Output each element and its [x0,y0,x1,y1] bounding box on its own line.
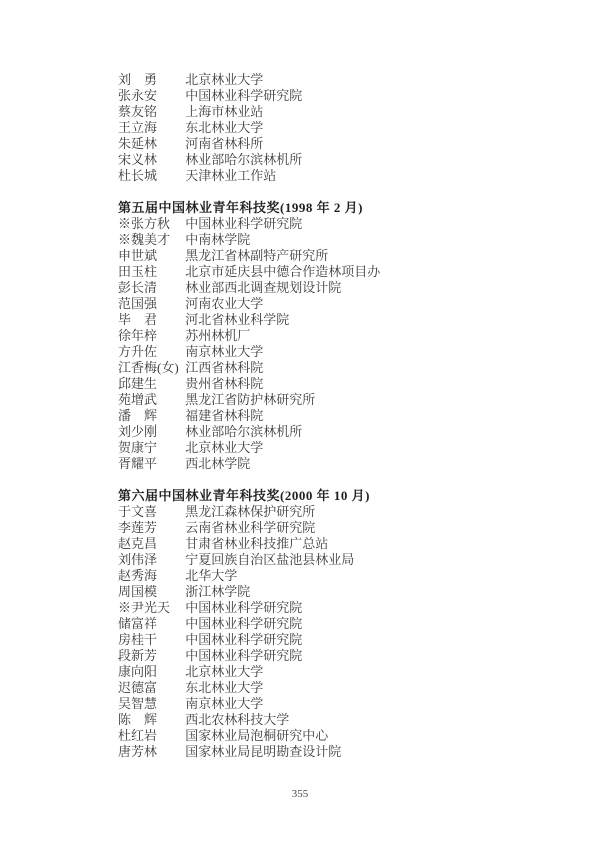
award-winner-row: 田玉柱 北京市延庆县中德合作造林项目办 [118,264,538,280]
winner-institution: 林业部哈尔滨林机所 [185,424,302,440]
winner-institution: 中国林业科学研究院 [185,88,302,104]
winner-name: 潘 辉 [118,408,182,424]
winner-name: 江香梅(女) [118,360,182,376]
winner-name: 田玉柱 [118,264,182,280]
winner-name: 陈 辉 [118,712,182,728]
winner-institution: 上海市林业站 [185,104,263,120]
award-winner-row: 范国强 河南农业大学 [118,296,538,312]
winner-name: 邱建生 [118,376,182,392]
winner-name: 刘 勇 [118,72,182,88]
winner-name: 杜红岩 [118,728,182,744]
award-winner-row: 蔡友铭 上海市林业站 [118,104,538,120]
award-winner-row: 江香梅(女) 江西省林科院 [118,360,538,376]
winner-name: 徐年梓 [118,328,182,344]
winner-institution: 东北林业大学 [185,680,263,696]
winner-institution: 甘肃省林业科技推广总站 [185,536,328,552]
winner-name: 康向阳 [118,664,182,680]
award-winner-row: 吴智慧 南京林业大学 [118,696,538,712]
award-winner-row: 陈 辉 西北农林科技大学 [118,712,538,728]
award-winner-row: 周国模 浙江林学院 [118,584,538,600]
winner-name: 蔡友铭 [118,104,182,120]
award-winner-row: 贺康宁 北京林业大学 [118,440,538,456]
winner-institution: 河北省林业科学院 [185,312,289,328]
award-winner-row: ※张方秋 中国林业科学研究院 [118,216,538,232]
winner-name: 申世斌 [118,248,182,264]
winner-institution: 国家林业局泡桐研究中心 [185,728,328,744]
winner-institution: 中国林业科学研究院 [185,616,302,632]
award-winner-row: 徐年梓 苏州林机厂 [118,328,538,344]
award-winner-list: 刘 勇 北京林业大学 张永安 中国林业科学研究院 蔡友铭 上海市林业站 王立海 … [118,72,538,760]
winner-institution: 河南农业大学 [185,296,263,312]
winner-name: 李莲芳 [118,520,182,536]
award-winner-row: 唐芳林 国家林业局昆明勘查设计院 [118,744,538,760]
winner-name: 杜长城 [118,168,182,184]
winner-institution: 中国林业科学研究院 [185,648,302,664]
award-winner-row: 段新芳 中国林业科学研究院 [118,648,538,664]
winner-institution: 浙江林学院 [185,584,250,600]
winner-name: ※魏美才 [118,232,182,248]
winner-institution: 北京林业大学 [185,440,263,456]
award-winner-row: 李莲芳 云南省林业科学研究院 [118,520,538,536]
winner-name: 张永安 [118,88,182,104]
winner-institution: 北京林业大学 [185,72,263,88]
winner-name: 宋义林 [118,152,182,168]
award-winner-row: 杜红岩 国家林业局泡桐研究中心 [118,728,538,744]
winner-name: 刘少刚 [118,424,182,440]
winner-institution: 东北林业大学 [185,120,263,136]
winner-name: 储富祥 [118,616,182,632]
winner-institution: 河南省林科所 [185,136,263,152]
winner-name: 胥耀平 [118,456,182,472]
document-page: 刘 勇 北京林业大学 张永安 中国林业科学研究院 蔡友铭 上海市林业站 王立海 … [0,0,600,848]
award-winner-row: 储富祥 中国林业科学研究院 [118,616,538,632]
winner-institution: 黑龙江省林副特产研究所 [185,248,328,264]
award-winner-row: 刘 勇 北京林业大学 [118,72,538,88]
winner-institution: 西北农林科技大学 [185,712,289,728]
winner-name: 赵克昌 [118,536,182,552]
winner-name: 彭长清 [118,280,182,296]
award-winner-row: 刘少刚 林业部哈尔滨林机所 [118,424,538,440]
winner-institution: 江西省林科院 [185,360,263,376]
winner-institution: 国家林业局昆明勘查设计院 [185,744,341,760]
award-winner-row: 毕 君 河北省林业科学院 [118,312,538,328]
winner-name: 朱延林 [118,136,182,152]
section-title-sixth-award: 第六届中国林业青年科技奖(2000 年 10 月) [118,488,538,504]
fifth-award-winner-list: ※张方秋 中国林业科学研究院 ※魏美才 中南林学院 申世斌 黑龙江省林副特产研究… [118,216,538,472]
winner-name: ※张方秋 [118,216,182,232]
winner-institution: 林业部哈尔滨林机所 [185,152,302,168]
winner-name: ※尹光天 [118,600,182,616]
award-winner-row: 于文喜 黑龙江森林保护研究所 [118,504,538,520]
award-winner-row: 赵秀海 北华大学 [118,568,538,584]
winner-name: 毕 君 [118,312,182,328]
winner-institution: 中国林业科学研究院 [185,216,302,232]
winner-institution: 中国林业科学研究院 [185,632,302,648]
winner-name: 吴智慧 [118,696,182,712]
award-winner-row: 申世斌 黑龙江省林副特产研究所 [118,248,538,264]
award-winner-row: 邱建生 贵州省林科院 [118,376,538,392]
award-winner-row: 刘伟泽 宁夏回族自治区盐池县林业局 [118,552,538,568]
award-winner-row: 方升佐 南京林业大学 [118,344,538,360]
award-winner-row: 赵克昌 甘肃省林业科技推广总站 [118,536,538,552]
winner-institution: 林业部西北调查规划设计院 [185,280,341,296]
winner-institution: 中南林学院 [185,232,250,248]
winner-institution: 贵州省林科院 [185,376,263,392]
winner-name: 周国模 [118,584,182,600]
award-winner-row: 胥耀平 西北林学院 [118,456,538,472]
winner-institution: 北京林业大学 [185,664,263,680]
winner-name: 段新芳 [118,648,182,664]
award-winner-row: 康向阳 北京林业大学 [118,664,538,680]
continued-winner-list: 刘 勇 北京林业大学 张永安 中国林业科学研究院 蔡友铭 上海市林业站 王立海 … [118,72,538,184]
winner-institution: 南京林业大学 [185,344,263,360]
winner-institution: 中国林业科学研究院 [185,600,302,616]
winner-institution: 福建省林科院 [185,408,263,424]
page-number: 355 [0,788,600,800]
winner-name: 方升佐 [118,344,182,360]
winner-institution: 北京市延庆县中德合作造林项目办 [185,264,380,280]
section-title-fifth-award: 第五届中国林业青年科技奖(1998 年 2 月) [118,200,538,216]
winner-name: 于文喜 [118,504,182,520]
winner-name: 刘伟泽 [118,552,182,568]
winner-name: 范国强 [118,296,182,312]
winner-institution: 苏州林机厂 [185,328,250,344]
winner-institution: 云南省林业科学研究院 [185,520,315,536]
winner-name: 赵秀海 [118,568,182,584]
award-winner-row: 杜长城 天津林业工作站 [118,168,538,184]
winner-institution: 西北林学院 [185,456,250,472]
award-winner-row: 宋义林 林业部哈尔滨林机所 [118,152,538,168]
award-winner-row: ※魏美才 中南林学院 [118,232,538,248]
winner-institution: 天津林业工作站 [185,168,276,184]
award-winner-row: 朱延林 河南省林科所 [118,136,538,152]
winner-institution: 北华大学 [185,568,237,584]
winner-institution: 宁夏回族自治区盐池县林业局 [185,552,354,568]
sixth-award-winner-list: 于文喜 黑龙江森林保护研究所 李莲芳 云南省林业科学研究院 赵克昌 甘肃省林业科… [118,504,538,760]
award-winner-row: 迟德富 东北林业大学 [118,680,538,696]
winner-name: 贺康宁 [118,440,182,456]
winner-institution: 黑龙江省防护林研究所 [185,392,315,408]
winner-name: 苑增武 [118,392,182,408]
winner-name: 房桂干 [118,632,182,648]
award-winner-row: 苑增武 黑龙江省防护林研究所 [118,392,538,408]
winner-name: 唐芳林 [118,744,182,760]
winner-institution: 南京林业大学 [185,696,263,712]
winner-name: 迟德富 [118,680,182,696]
award-winner-row: 彭长清 林业部西北调查规划设计院 [118,280,538,296]
winner-name: 王立海 [118,120,182,136]
award-winner-row: 王立海 东北林业大学 [118,120,538,136]
winner-institution: 黑龙江森林保护研究所 [185,504,315,520]
award-winner-row: 潘 辉 福建省林科院 [118,408,538,424]
award-winner-row: 张永安 中国林业科学研究院 [118,88,538,104]
award-winner-row: ※尹光天 中国林业科学研究院 [118,600,538,616]
award-winner-row: 房桂干 中国林业科学研究院 [118,632,538,648]
